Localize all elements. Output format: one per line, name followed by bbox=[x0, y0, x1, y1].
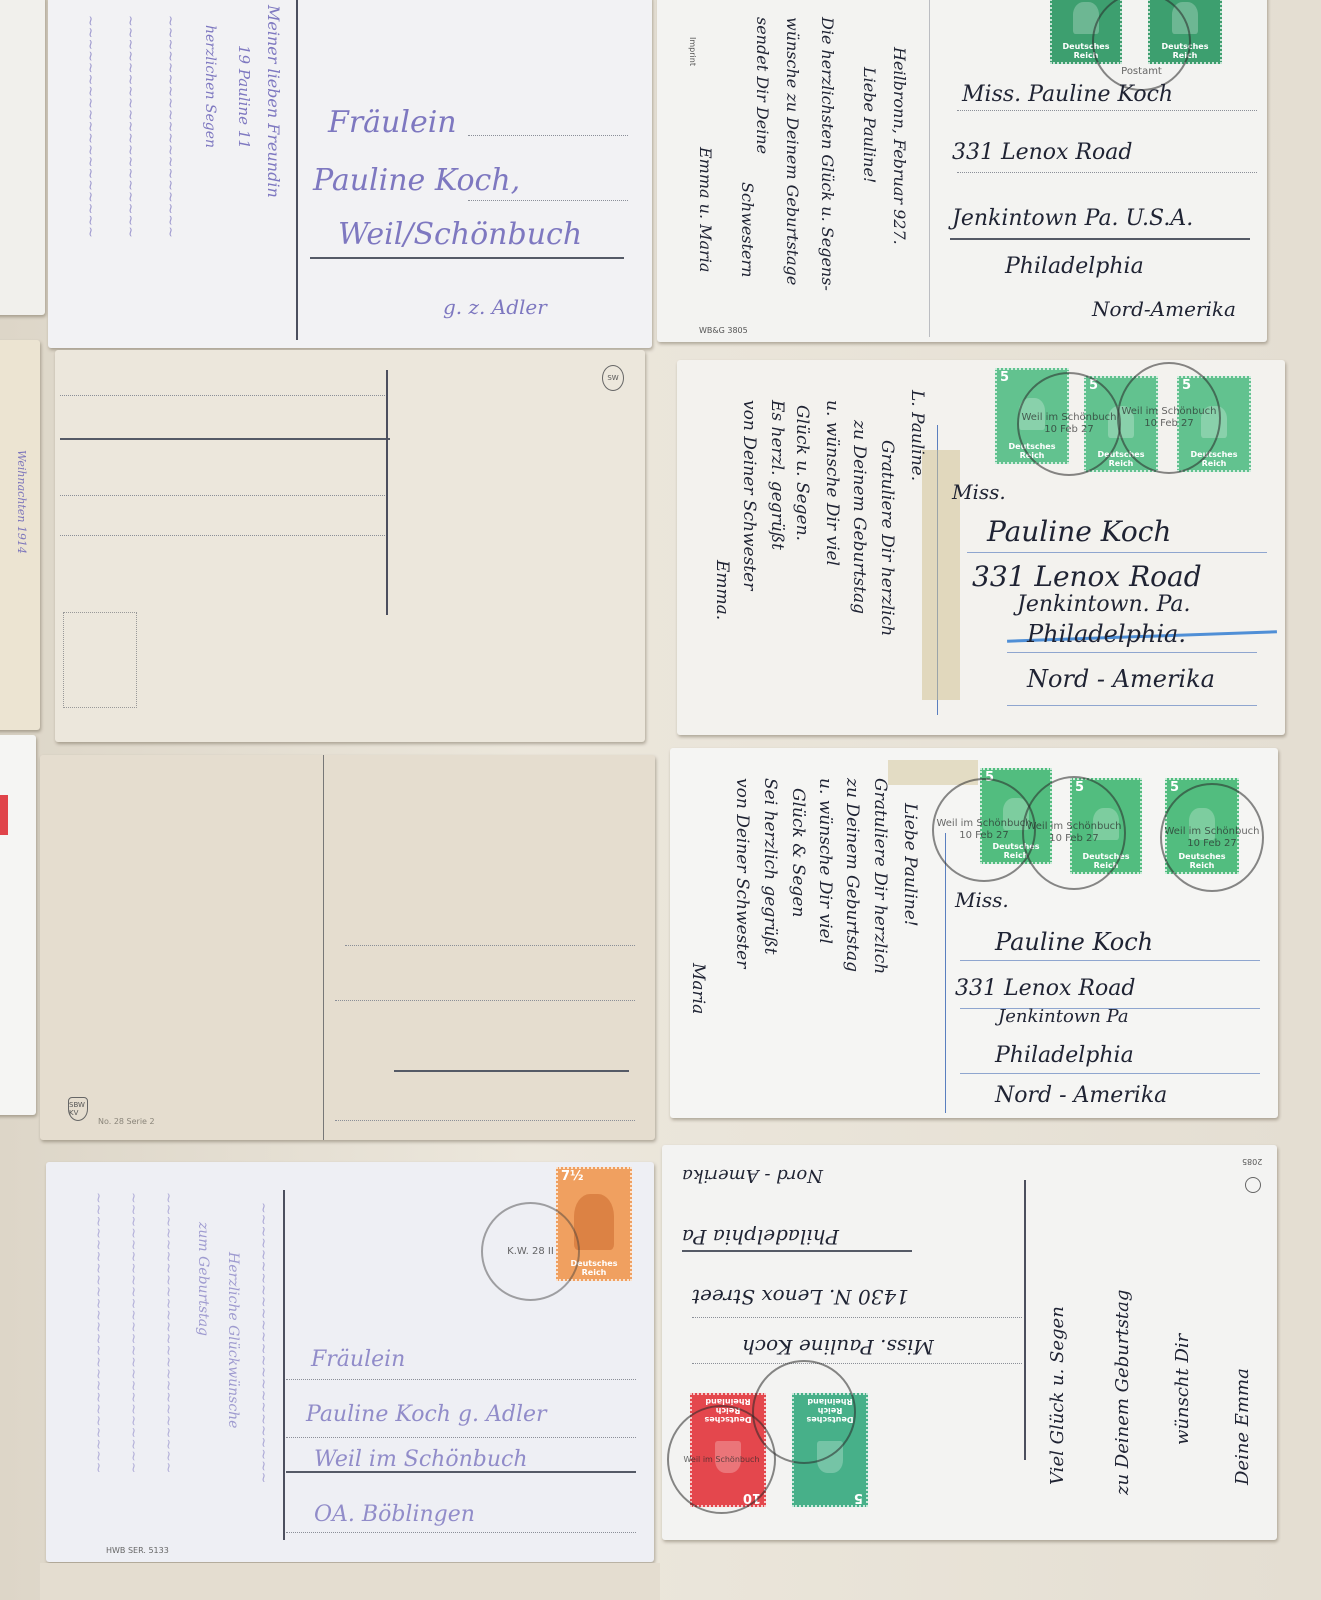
message-line: Schwestern bbox=[738, 182, 757, 277]
divider-line bbox=[1024, 1180, 1026, 1460]
message-line: Liebe Pauline! bbox=[900, 803, 920, 927]
address-line-5: Philadelphia bbox=[995, 1043, 1134, 1068]
address-line-3: Philadelphia Pa bbox=[682, 1225, 839, 1249]
message-line: u. wünsche Dir viel bbox=[822, 400, 842, 566]
postcard-third-left: SBW KV No. 28 Serie 2 bbox=[40, 755, 655, 1140]
address-rule bbox=[335, 1000, 635, 1001]
message-line: zum Geburtstag bbox=[195, 1222, 211, 1336]
address-rule-solid bbox=[60, 438, 390, 440]
edge-card-1 bbox=[0, 0, 45, 315]
address-line-5: Philadelphia. bbox=[1027, 620, 1186, 648]
address-line-1: Miss. bbox=[952, 480, 1006, 504]
message-line: sendet Dir Deine bbox=[753, 17, 772, 154]
message-line: Viel Glück u. Segen bbox=[1047, 1306, 1068, 1485]
address-rule bbox=[960, 1073, 1260, 1074]
message-line: Liebe Pauline! bbox=[860, 67, 879, 183]
address-line-2: Pauline Koch bbox=[987, 515, 1171, 548]
address-rule bbox=[960, 960, 1260, 961]
message-line: Maria bbox=[688, 963, 708, 1014]
stamp-box bbox=[63, 612, 137, 708]
address-line-2: Pauline Koch g. Adler bbox=[306, 1402, 547, 1427]
address-rule bbox=[335, 1120, 635, 1121]
postcard-top-left: Meiner lieben Freundin 19 Pauline 11 her… bbox=[48, 0, 652, 348]
message-line: Glück u. Segen. bbox=[792, 405, 812, 541]
message-line: zu Deinem Geburtstag bbox=[849, 420, 869, 614]
address-rule-solid bbox=[394, 1070, 629, 1072]
address-rule bbox=[468, 135, 628, 136]
postcard-bottom-left: 7½Deutsches Reich K.W. 28 II ~~~~~~~~~~~… bbox=[46, 1162, 654, 1562]
address-rule bbox=[60, 535, 385, 536]
address-line-3: 331 Lenox Road bbox=[955, 976, 1135, 1001]
postmark bbox=[752, 1360, 856, 1464]
address-rule bbox=[286, 1437, 636, 1438]
edge-card-handwriting: Weihnachten 1914 bbox=[15, 450, 28, 554]
message-line: zu Deinem Geburtstag bbox=[1112, 1290, 1133, 1495]
address-line-4: Nord - Amerika bbox=[682, 1165, 823, 1186]
publisher-logo-icon bbox=[1245, 1177, 1261, 1193]
postcard-middle-left: SW bbox=[55, 350, 645, 742]
message-line: 19 Pauline 11 bbox=[235, 45, 253, 149]
address-line-4: Jenkintown. Pa. bbox=[1017, 592, 1191, 617]
address-rule bbox=[60, 395, 385, 396]
address-line-4: Philadelphia bbox=[1005, 254, 1144, 279]
series-imprint: HWB SER. 5133 bbox=[106, 1546, 169, 1555]
address-line-4: OA. Böblingen bbox=[314, 1502, 475, 1527]
message-line: Die herzlichsten Glück u. Segens- bbox=[818, 17, 837, 291]
imprint-number: 2085 bbox=[1242, 1157, 1262, 1166]
address-rule-solid bbox=[286, 1471, 636, 1473]
message-line: herzlichen Segen bbox=[202, 25, 218, 148]
address-line-2: 1430 N. Lenox Street bbox=[692, 1285, 909, 1309]
message-line: wünscht Dir bbox=[1172, 1334, 1193, 1445]
postcard-middle-right: 5Deutsches Reich 5Deutsches Reich 5Deuts… bbox=[677, 360, 1285, 735]
address-line-3: Weil/Schönbuch bbox=[338, 217, 582, 252]
series-imprint: No. 28 Serie 2 bbox=[98, 1117, 155, 1126]
address-rule bbox=[468, 200, 628, 201]
message-line: L. Pauline. bbox=[907, 390, 927, 481]
divider-line bbox=[929, 0, 930, 337]
address-line-1: Miss. Pauline Koch bbox=[742, 1335, 934, 1359]
address-rule bbox=[1007, 705, 1257, 706]
address-line-4: g. z. Adler bbox=[443, 295, 547, 319]
message-line: ~~~~~~~~~~~~~~~~~~~ bbox=[82, 15, 98, 238]
message-line: Glück & Segen bbox=[788, 788, 808, 917]
address-rule bbox=[286, 1379, 636, 1380]
message-line: ~~~~~~~~~~~~~~~~~~~~~~~~ bbox=[125, 1192, 141, 1474]
postmark: Weil im Schönbuch 10 Feb 27 bbox=[932, 778, 1036, 882]
address-rule bbox=[1007, 652, 1257, 653]
postcard-top-right: Imprint Deutsches Reich Deutsches Reich … bbox=[657, 0, 1267, 342]
divider-line bbox=[296, 0, 298, 340]
edge-card-2: Weihnachten 1914 bbox=[0, 340, 40, 730]
divider-line bbox=[283, 1190, 285, 1540]
postmark: Postamt bbox=[1092, 0, 1191, 91]
message-line: von Deiner Schwester bbox=[739, 400, 759, 590]
postmark: Weil im Schönbuch 10 Feb 27 bbox=[1017, 372, 1121, 476]
address-rule bbox=[60, 495, 385, 496]
edge-card-bottom bbox=[40, 1563, 660, 1600]
address-rule bbox=[967, 552, 1267, 553]
publisher-logo-icon: SW bbox=[602, 365, 624, 391]
message-line: wünsche zu Deinem Geburtstage bbox=[783, 17, 802, 285]
germania-portrait-icon bbox=[574, 1194, 614, 1250]
address-line-1: Miss. bbox=[955, 888, 1009, 912]
address-rule-solid bbox=[310, 257, 624, 259]
message-line: Sei herzlich gegrüßt bbox=[760, 778, 780, 954]
message-line: Herzliche Glückwünsche bbox=[225, 1252, 241, 1428]
message-line: Es herzl. gegrüßt bbox=[767, 400, 787, 550]
address-line-2: Pauline Koch bbox=[995, 928, 1153, 956]
address-rule bbox=[957, 110, 1257, 111]
message-line: ~~~~~~~~~~~~~~~~~~~ bbox=[162, 15, 178, 238]
publisher-logo-icon: SBW KV bbox=[68, 1097, 88, 1121]
address-line-3: Jenkintown Pa. U.S.A. bbox=[952, 206, 1193, 231]
divider-line bbox=[323, 755, 324, 1140]
address-rule bbox=[692, 1317, 1022, 1318]
postmark: Weil im Schönbuch 10 Feb 27 bbox=[1022, 776, 1126, 890]
address-line-5: Nord-Amerika bbox=[1092, 297, 1236, 321]
message-line: Gratuliere Dir herzlich bbox=[870, 778, 890, 974]
message-line: Emma u. Maria bbox=[696, 147, 715, 272]
address-line-3: Weil im Schönbuch bbox=[314, 1447, 528, 1472]
address-line-1: Fräulein bbox=[311, 1347, 405, 1372]
address-line-2: 331 Lenox Road bbox=[952, 140, 1132, 165]
message-line: Heilbronn, Februar 927. bbox=[890, 47, 909, 245]
message-line: Emma. bbox=[712, 560, 732, 620]
postcard-third-right: 5Deutsches Reich 5Deutsches Reich 5Deuts… bbox=[670, 748, 1278, 1118]
postcard-bottom-right: 2085 Nord - Amerika Philadelphia Pa 1430… bbox=[662, 1145, 1277, 1540]
message-line: u. wünsche Dir viel bbox=[815, 778, 835, 944]
address-line-1: Miss. Pauline Koch bbox=[962, 82, 1173, 107]
address-line-6: Nord - Amerika bbox=[1027, 665, 1215, 693]
address-line-4: Jenkintown Pa bbox=[998, 1006, 1129, 1027]
divider-line bbox=[386, 370, 388, 615]
address-rule bbox=[692, 1363, 1022, 1364]
imprint-number: WB&G 3805 bbox=[699, 326, 748, 335]
message-line: ~~~~~~~~~~~~~~~~~~~~~~~~ bbox=[160, 1192, 176, 1474]
address-line-3: 331 Lenox Road bbox=[972, 560, 1202, 593]
imprint-label: Imprint bbox=[688, 37, 697, 66]
address-rule bbox=[957, 172, 1257, 173]
postmark: Weil im Schönbuch 10 Feb 27 bbox=[1117, 362, 1221, 474]
postmark: Weil im Schönbuch 10 Feb 27 bbox=[1160, 783, 1264, 892]
message-line: Deine Emma bbox=[1232, 1368, 1253, 1485]
address-line-6: Nord - Amerika bbox=[995, 1083, 1167, 1108]
address-rule bbox=[345, 945, 635, 946]
message-line: von Deiner Schwester bbox=[732, 778, 752, 968]
edge-card-3 bbox=[0, 735, 36, 1115]
address-rule-solid bbox=[950, 238, 1250, 240]
postmark: K.W. 28 II bbox=[481, 1202, 580, 1301]
message-line: zu Deinem Geburtstag bbox=[842, 778, 862, 972]
message-line: ~~~~~~~~~~~~~~~~~~~ bbox=[122, 15, 138, 238]
address-line-1: Fräulein bbox=[328, 105, 457, 140]
message-line: ~~~~~~~~~~~~~~~~~~~~~~~~ bbox=[255, 1202, 271, 1484]
message-line: Meiner lieben Freundin bbox=[264, 5, 283, 198]
address-rule-solid bbox=[682, 1250, 912, 1252]
address-line-2: Pauline Koch, bbox=[313, 163, 520, 198]
edge-stamp-red bbox=[0, 795, 8, 835]
message-line: Gratuliere Dir herzlich bbox=[877, 440, 897, 636]
message-line: ~~~~~~~~~~~~~~~~~~~~~~~~ bbox=[90, 1192, 106, 1474]
divider-line bbox=[945, 833, 946, 1113]
address-rule bbox=[286, 1532, 636, 1533]
